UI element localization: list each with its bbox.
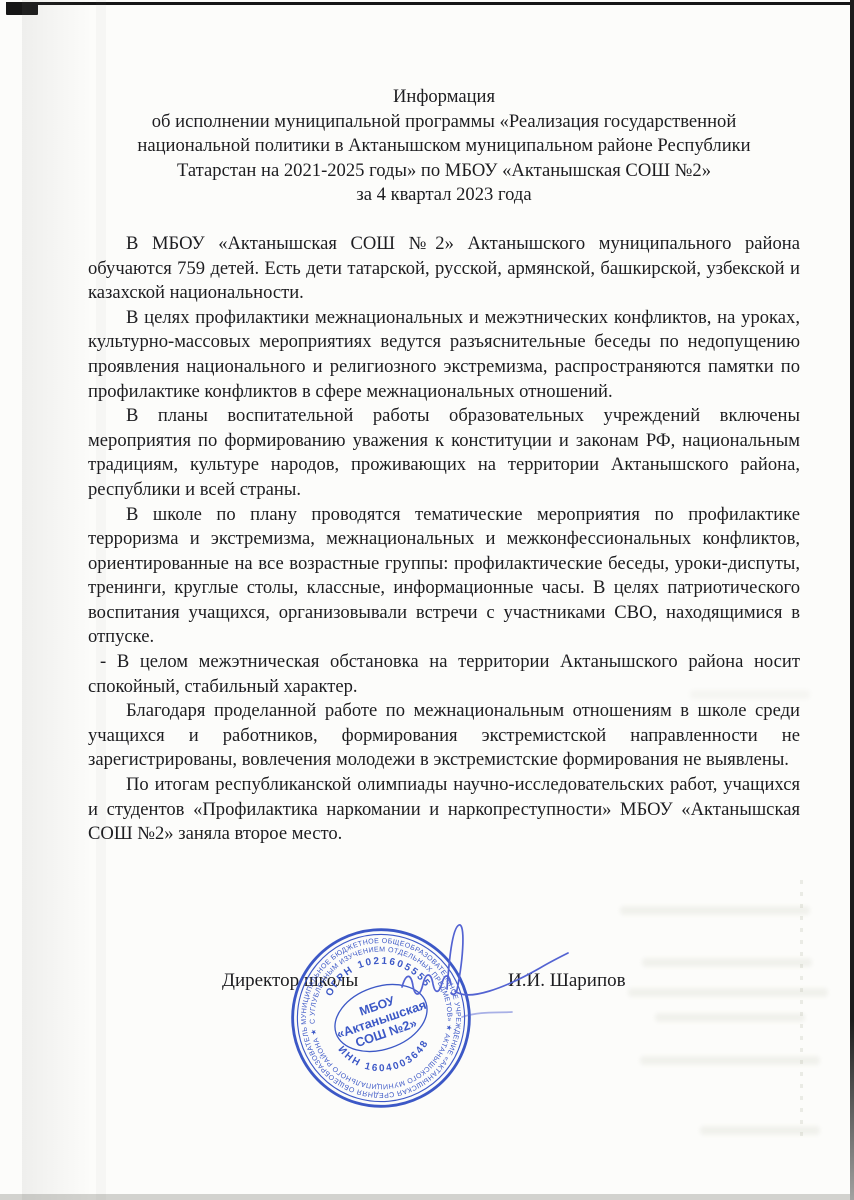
scan-edge-bottom bbox=[0, 1194, 850, 1200]
title-line: Информация bbox=[88, 85, 800, 110]
bleed-through-artifact bbox=[800, 880, 803, 1140]
signature-loop-stroke bbox=[447, 925, 463, 995]
scanned-document-page: Информация об исполнении муниципальной п… bbox=[0, 0, 854, 1200]
bleed-through-artifact bbox=[628, 988, 828, 997]
scan-edge-top bbox=[6, 2, 854, 5]
title-line: Татарстан на 2021-2025 годы» по МБОУ «Ак… bbox=[88, 159, 800, 184]
paragraph-dash-item: - В целом межэтническая обстановка на те… bbox=[88, 650, 800, 699]
body-paragraphs: В МБОУ «Актанышская СОШ №2» Актанышского… bbox=[88, 232, 800, 847]
title-line: об исполнении муниципальной программы «Р… bbox=[88, 110, 800, 135]
signature-scribble-stroke bbox=[402, 975, 451, 994]
document-title: Информация об исполнении муниципальной п… bbox=[88, 85, 800, 208]
document-body: Информация об исполнении муниципальной п… bbox=[88, 85, 800, 847]
paragraph: В МБОУ «Актанышская СОШ №2» Актанышского… bbox=[88, 232, 800, 306]
paragraph: В планы воспитательной работы образовате… bbox=[88, 404, 800, 502]
paragraph: В целях профилактики межнациональных и м… bbox=[88, 306, 800, 404]
bleed-through-artifact bbox=[640, 1056, 820, 1065]
scan-edge-right bbox=[850, 0, 854, 1200]
bleed-through-artifact bbox=[655, 1013, 805, 1022]
title-line: национальной политики в Актанышском муни… bbox=[88, 134, 800, 159]
bleed-through-artifact bbox=[620, 906, 810, 915]
handwritten-signature bbox=[380, 905, 600, 1035]
paragraph: В школе по плану проводятся тематические… bbox=[88, 503, 800, 651]
paragraph: Благодаря проделанной работе по межнацио… bbox=[88, 699, 800, 773]
signature-flourish-stroke bbox=[455, 953, 568, 995]
signature-tail-stroke bbox=[462, 1012, 512, 1017]
bleed-through-artifact bbox=[642, 958, 812, 967]
scan-streak-left bbox=[22, 0, 92, 1200]
title-line: за 4 квартал 2023 года bbox=[88, 183, 800, 208]
paragraph: По итогам республиканской олимпиады науч… bbox=[88, 773, 800, 847]
